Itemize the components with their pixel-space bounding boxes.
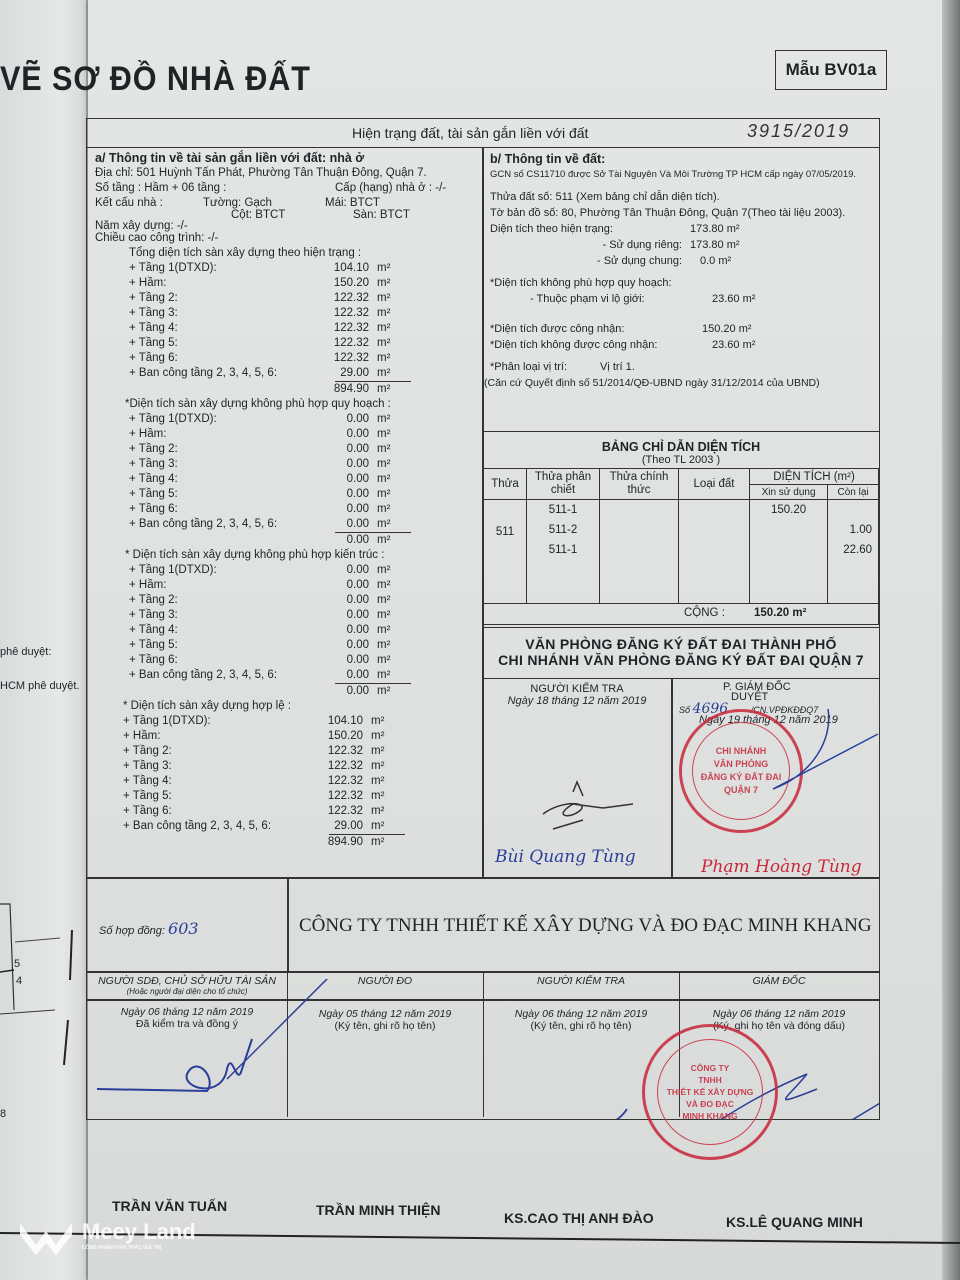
sketch-point-label: 5 bbox=[14, 958, 20, 970]
area-row-value: 0.00 bbox=[299, 472, 369, 487]
area-total-unit: m² bbox=[369, 382, 417, 397]
area-row-label: + Ban công tầng 2, 3, 4, 5, 6: bbox=[123, 819, 293, 834]
area-row: + Hầm:150.20m² bbox=[129, 276, 475, 291]
area-row: + Tầng 4:122.32m² bbox=[123, 774, 475, 789]
area-row-value: 29.00 bbox=[293, 819, 363, 834]
area-row-label: + Tầng 4: bbox=[129, 321, 299, 336]
area-row-label: + Tầng 2: bbox=[123, 744, 293, 759]
area-row-label: + Ban công tầng 2, 3, 4, 5, 6: bbox=[129, 517, 299, 532]
parcel-cell: 511 bbox=[484, 500, 527, 604]
area-row-value: 0.00 bbox=[299, 427, 369, 442]
position-label: *Phân loại vị trí: bbox=[490, 359, 600, 375]
remaining-value: 1.00 bbox=[828, 520, 872, 540]
meey-land-logo-icon bbox=[18, 1215, 74, 1255]
col-header-land-type: Loại đất bbox=[679, 469, 750, 500]
office-line-2: CHI NHÁNH VĂN PHÒNG ĐĂNG KÝ ĐẤT ĐAI QUẬN… bbox=[483, 652, 879, 668]
area-row-unit: m² bbox=[363, 744, 411, 759]
area-row-unit: m² bbox=[369, 276, 417, 291]
area-total-row: 894.90m² bbox=[123, 835, 475, 850]
parcel-number: Thửa đất số: 511 (Xem bảng chỉ dẫn diện … bbox=[490, 189, 875, 205]
column-type: Cột: BTCT bbox=[231, 208, 353, 223]
sketch-point-label: 8 bbox=[0, 1108, 6, 1120]
area-row: + Tầng 1(DTXD):104.10m² bbox=[123, 714, 475, 729]
sketch-point-label: 4 bbox=[16, 975, 22, 987]
col-header-requested: Xin sử dụng bbox=[750, 485, 828, 500]
requested-value bbox=[750, 540, 827, 560]
company-name: CÔNG TY TNHH THIẾT KẾ XÂY DỰNG VÀ ĐO ĐẠC… bbox=[299, 915, 872, 937]
office-line-1: VĂN PHÒNG ĐĂNG KÝ ĐẤT ĐAI THÀNH PHỐ bbox=[483, 636, 879, 652]
table-total-row: CỘNG : 150.20 m² bbox=[483, 604, 879, 625]
area-total-spacer bbox=[123, 835, 293, 850]
col-header-parcel: Thửa bbox=[484, 469, 527, 500]
area-row-label: + Tầng 5: bbox=[129, 487, 299, 502]
area-row-unit: m² bbox=[369, 412, 417, 427]
area-total-unit: m² bbox=[369, 684, 417, 699]
area-index-title: BẢNG CHỈ DẪN DIỆN TÍCH bbox=[483, 440, 879, 454]
area-row-value: 122.32 bbox=[299, 351, 369, 366]
area-row-value: 122.32 bbox=[293, 759, 363, 774]
area-row-unit: m² bbox=[363, 819, 411, 834]
page-edge bbox=[942, 0, 960, 1280]
contract-label: Số hợp đồng: bbox=[99, 925, 165, 937]
area-row: + Hầm:0.00m² bbox=[129, 578, 475, 593]
area-row: + Tầng 5:0.00m² bbox=[129, 638, 475, 653]
section-a: a/ Thông tin về tài sản gắn liền với đất… bbox=[95, 151, 475, 850]
area-row: + Tầng 6:0.00m² bbox=[129, 653, 475, 668]
area-group-title: Tổng diện tích sàn xây dựng theo hiện tr… bbox=[129, 246, 475, 261]
area-row-label: + Tầng 5: bbox=[129, 336, 299, 351]
map-sheet: Tờ bản đồ số: 80, Phường Tân Thuận Đông,… bbox=[490, 205, 875, 221]
not-recognized-label: *Diện tích không được công nhận: bbox=[490, 337, 712, 353]
area-row-value: 122.32 bbox=[299, 291, 369, 306]
main-frame: Hiện trạng đất, tài sản gắn liền với đất… bbox=[86, 118, 880, 1120]
section-b: b/ Thông tin về đất: GCN số CS11710 được… bbox=[490, 151, 875, 391]
area-row: + Ban công tầng 2, 3, 4, 5, 6:0.00m² bbox=[129, 517, 475, 532]
area-index-grid: Thửa Thửa phân chiết Thửa chính thức Loạ… bbox=[483, 468, 879, 604]
area-row-value: 0.00 bbox=[299, 442, 369, 457]
area-row: + Tầng 1(DTXD):0.00m² bbox=[129, 563, 475, 578]
nonconforming-label: - Thuộc phạm vi lộ giới: bbox=[490, 291, 712, 307]
area-row: + Tầng 2:122.32m² bbox=[129, 291, 475, 306]
area-label: - Sử dụng chung: bbox=[490, 253, 690, 269]
area-row-label: + Tầng 1(DTXD): bbox=[129, 563, 299, 578]
company-divider bbox=[287, 879, 289, 971]
recognized-value: 150.20 m² bbox=[702, 321, 752, 337]
area-row: + Ban công tầng 2, 3, 4, 5, 6:29.00m² bbox=[129, 366, 475, 381]
area-group-title: * Diện tích sàn xây dựng hợp lệ : bbox=[123, 699, 475, 714]
area-row-label: + Tầng 5: bbox=[129, 638, 299, 653]
area-row-unit: m² bbox=[369, 563, 417, 578]
area-row-unit: m² bbox=[369, 261, 417, 276]
area-row-value: 122.32 bbox=[293, 744, 363, 759]
area-group-title: * Diện tích sàn xây dựng không phù hợp k… bbox=[125, 548, 475, 563]
area-row-label: + Tầng 6: bbox=[129, 351, 299, 366]
sub-parcel-value: 511-2 bbox=[527, 520, 599, 540]
area-row-value: 0.00 bbox=[299, 623, 369, 638]
area-group-list: + Tầng 1(DTXD):0.00m²+ Hầm:0.00m²+ Tầng … bbox=[129, 563, 475, 699]
area-row-value: 29.00 bbox=[299, 366, 369, 381]
area-row-label: + Tầng 4: bbox=[123, 774, 293, 789]
area-row-label: + Ban công tầng 2, 3, 4, 5, 6: bbox=[129, 668, 299, 683]
area-row-unit: m² bbox=[369, 472, 417, 487]
area-row-label: + Ban công tầng 2, 3, 4, 5, 6: bbox=[129, 366, 299, 381]
area-row-label: + Tầng 2: bbox=[129, 593, 299, 608]
area-row-label: + Tầng 6: bbox=[129, 653, 299, 668]
area-group-list: + Tầng 1(DTXD):104.10m²+ Hầm:150.20m²+ T… bbox=[129, 261, 475, 397]
position-value: Vị trí 1. bbox=[600, 359, 635, 375]
total-value: 150.20 m² bbox=[754, 607, 806, 619]
area-row: + Tầng 3:122.32m² bbox=[129, 306, 475, 321]
inspector-role: NGƯỜI KIỂM TRA bbox=[483, 683, 671, 695]
total-label: CỘNG : bbox=[684, 607, 725, 619]
area-row-label: + Tầng 1(DTXD): bbox=[129, 261, 299, 276]
area-total-row: 0.00m² bbox=[129, 684, 475, 699]
certificate-info: GCN số CS11710 được Sở Tài Nguyên Và Môi… bbox=[490, 167, 875, 183]
area-row-label: + Tầng 6: bbox=[123, 804, 293, 819]
area-total-spacer bbox=[129, 684, 299, 699]
area-row-value: 122.32 bbox=[293, 774, 363, 789]
area-row-label: + Tầng 1(DTXD): bbox=[123, 714, 293, 729]
area-total-row: 0.00m² bbox=[129, 533, 475, 548]
area-row-value: 122.32 bbox=[299, 336, 369, 351]
contract-number: 603 bbox=[168, 919, 199, 938]
nonconforming-value: 23.60 m² bbox=[712, 291, 755, 307]
document-title: VẼ SƠ ĐỒ NHÀ ĐẤT bbox=[0, 60, 311, 99]
area-row-value: 0.00 bbox=[299, 638, 369, 653]
area-row-unit: m² bbox=[363, 729, 411, 744]
area-row-unit: m² bbox=[369, 487, 417, 502]
area-row: + Ban công tầng 2, 3, 4, 5, 6:29.00m² bbox=[123, 819, 475, 834]
area-row-unit: m² bbox=[369, 578, 417, 593]
official-parcel-cell bbox=[600, 500, 679, 604]
area-row-unit: m² bbox=[369, 351, 417, 366]
area-row-unit: m² bbox=[369, 623, 417, 638]
requested-value bbox=[750, 520, 827, 540]
area-row-value: 0.00 bbox=[299, 517, 369, 532]
left-page: phê duyệt: HCM phê duyệt. 5 4 8 bbox=[0, 0, 100, 1280]
area-row: + Tầng 1(DTXD):0.00m² bbox=[129, 412, 475, 427]
area-row: + Tầng 6:122.32m² bbox=[129, 351, 475, 366]
area-index-subtitle: (Theo TL 2003 ) bbox=[483, 454, 879, 466]
requested-value: 150.20 bbox=[750, 500, 827, 520]
sub-parcel-value: 511-1 bbox=[527, 540, 599, 560]
area-row: + Tầng 3:0.00m² bbox=[129, 457, 475, 472]
area-row-unit: m² bbox=[369, 366, 417, 381]
area-total-unit: m² bbox=[363, 835, 411, 850]
area-row-label: + Tầng 3: bbox=[129, 457, 299, 472]
area-row-unit: m² bbox=[363, 804, 411, 819]
area-row-unit: m² bbox=[369, 638, 417, 653]
registration-office: VĂN PHÒNG ĐĂNG KÝ ĐẤT ĐAI THÀNH PHỐ CHI … bbox=[483, 627, 879, 878]
area-row-unit: m² bbox=[363, 759, 411, 774]
area-row-label: + Tầng 2: bbox=[129, 442, 299, 457]
col-header-area: DIỆN TÍCH (m²) bbox=[750, 469, 879, 485]
area-total-row: 894.90m² bbox=[129, 382, 475, 397]
area-row-label: + Hầm: bbox=[123, 729, 293, 744]
address: Địa chỉ: 501 Huỳnh Tấn Phát, Phường Tân … bbox=[95, 166, 475, 181]
requested-cell: 150.20 bbox=[750, 500, 828, 604]
sub-parcel-cell: 511-1511-2511-1 bbox=[527, 500, 600, 604]
area-row-label: + Hầm: bbox=[129, 427, 299, 442]
slab-type: Sàn: BTCT bbox=[353, 208, 410, 223]
inspector-name: Bùi Quang Tùng bbox=[495, 847, 636, 867]
area-row-label: + Tầng 3: bbox=[129, 306, 299, 321]
area-row-unit: m² bbox=[369, 306, 417, 321]
area-total-value: 894.90 bbox=[293, 835, 363, 850]
watermark-brand: Meey Land bbox=[82, 1219, 196, 1244]
area-row: + Hầm:150.20m² bbox=[123, 729, 475, 744]
remaining-value: 22.60 bbox=[828, 540, 872, 560]
floor-count: Số tầng : Hầm + 06 tầng : bbox=[95, 181, 335, 196]
area-row-label: + Hầm: bbox=[129, 276, 299, 291]
area-row-value: 0.00 bbox=[299, 502, 369, 517]
area-row-unit: m² bbox=[369, 321, 417, 336]
area-row-label: + Tầng 3: bbox=[129, 608, 299, 623]
area-row-unit: m² bbox=[369, 427, 417, 442]
area-row-value: 0.00 bbox=[299, 593, 369, 608]
area-value: 0.0 m² bbox=[690, 253, 731, 269]
area-total-value: 0.00 bbox=[299, 684, 369, 699]
signatory-names: TRẦN VĂN TUẤNTRẦN MINH THIỆNKS.CAO THỊ A… bbox=[86, 1170, 886, 1230]
area-group-list: + Tầng 1(DTXD):0.00m²+ Hầm:0.00m²+ Tầng … bbox=[129, 412, 475, 548]
signatory-name: TRẦN MINH THIỆN bbox=[316, 1202, 440, 1218]
watermark-tagline: CÔNG NHÂN KHAI THÁC GIÁ TRỊ bbox=[82, 1245, 196, 1251]
area-row: + Tầng 5:122.32m² bbox=[123, 789, 475, 804]
office-divider bbox=[671, 679, 673, 879]
col-header-remaining: Còn lại bbox=[828, 485, 879, 500]
section-a-heading: a/ Thông tin về tài sản gắn liền với đất… bbox=[95, 151, 475, 166]
area-row-label: + Tầng 5: bbox=[123, 789, 293, 804]
left-page-fragment: phê duyệt: bbox=[0, 646, 51, 658]
col-header-sub-parcel: Thửa phân chiết bbox=[527, 469, 600, 500]
area-row-unit: m² bbox=[369, 653, 417, 668]
area-row-value: 104.10 bbox=[293, 714, 363, 729]
area-row-unit: m² bbox=[369, 668, 417, 683]
area-row-value: 0.00 bbox=[299, 487, 369, 502]
area-row-value: 0.00 bbox=[299, 668, 369, 683]
company-stamp: CÔNG TYTNHHTHIẾT KẾ XÂY DỰNGVÀ ĐO ĐẠCMIN… bbox=[642, 1024, 778, 1160]
col-header-official-parcel: Thửa chính thức bbox=[600, 469, 679, 500]
signatory-name: KS.CAO THỊ ANH ĐÀO bbox=[504, 1210, 654, 1226]
section-b-heading: b/ Thông tin về đất: bbox=[490, 151, 875, 167]
director-name: Phạm Hoàng Tùng bbox=[701, 857, 862, 877]
area-total-spacer bbox=[129, 382, 299, 397]
not-recognized-value: 23.60 m² bbox=[712, 337, 755, 353]
area-row-value: 122.32 bbox=[299, 306, 369, 321]
area-index-table: BẢNG CHỈ DẪN DIỆN TÍCH (Theo TL 2003 ) T… bbox=[483, 431, 879, 625]
area-row: + Tầng 5:122.32m² bbox=[129, 336, 475, 351]
watermark: Meey LandCÔNG NHÂN KHAI THÁC GIÁ TRỊ bbox=[18, 1215, 196, 1255]
area-row-value: 0.00 bbox=[299, 412, 369, 427]
area-value: 173.80 m² bbox=[690, 237, 740, 253]
area-group-title: *Diện tích sàn xây dựng không phù hợp qu… bbox=[125, 397, 475, 412]
area-label: - Sử dụng riêng: bbox=[490, 237, 690, 253]
area-row-unit: m² bbox=[369, 291, 417, 306]
area-row-label: + Hầm: bbox=[129, 578, 299, 593]
area-row: + Tầng 2:0.00m² bbox=[129, 442, 475, 457]
remaining-cell: 1.0022.60 bbox=[828, 500, 879, 604]
area-row-value: 0.00 bbox=[299, 457, 369, 472]
area-row-label: + Tầng 1(DTXD): bbox=[129, 412, 299, 427]
form-code: Mẫu BV01a bbox=[775, 50, 887, 90]
area-row-value: 150.20 bbox=[293, 729, 363, 744]
area-row: + Tầng 1(DTXD):104.10m² bbox=[129, 261, 475, 276]
area-row: + Tầng 3:0.00m² bbox=[129, 608, 475, 623]
legal-basis: (Căn cứ Quyết định số 51/2014/QĐ-UBND ng… bbox=[484, 375, 875, 391]
area-row-unit: m² bbox=[363, 789, 411, 804]
area-group-list: + Tầng 1(DTXD):104.10m²+ Hầm:150.20m²+ T… bbox=[123, 714, 475, 850]
left-page-fragment: HCM phê duyệt. bbox=[0, 680, 79, 692]
area-row: + Tầng 6:122.32m² bbox=[123, 804, 475, 819]
signatory-name: KS.LÊ QUANG MINH bbox=[726, 1214, 863, 1230]
recognized-label: *Diện tích được công nhận: bbox=[490, 321, 702, 337]
area-row-label: + Tầng 2: bbox=[129, 291, 299, 306]
area-row-value: 122.32 bbox=[293, 789, 363, 804]
area-total-spacer bbox=[129, 533, 299, 548]
area-total-unit: m² bbox=[369, 533, 417, 548]
area-row-value: 122.32 bbox=[293, 804, 363, 819]
area-row-label: + Tầng 6: bbox=[129, 502, 299, 517]
area-row-label: + Tầng 4: bbox=[129, 472, 299, 487]
area-row: + Tầng 4:122.32m² bbox=[129, 321, 475, 336]
area-row: + Tầng 4:0.00m² bbox=[129, 623, 475, 638]
area-row-label: + Tầng 4: bbox=[129, 623, 299, 638]
nonconforming-title: *Diện tích không phù hợp quy hoạch: bbox=[490, 275, 875, 291]
area-row: + Tầng 2:122.32m² bbox=[123, 744, 475, 759]
area-row-value: 0.00 bbox=[299, 563, 369, 578]
number-label: Số bbox=[679, 705, 690, 715]
area-row-value: 150.20 bbox=[299, 276, 369, 291]
area-row: + Tầng 3:122.32m² bbox=[123, 759, 475, 774]
area-groups: Tổng diện tích sàn xây dựng theo hiện tr… bbox=[95, 246, 475, 850]
area-row-unit: m² bbox=[369, 502, 417, 517]
sub-parcel-value: 511-1 bbox=[527, 500, 599, 520]
section-header-title: Hiện trạng đất, tài sản gắn liền với đất bbox=[352, 125, 588, 141]
signatory-name: TRẦN VĂN TUẤN bbox=[112, 1198, 227, 1214]
area-row: + Ban công tầng 2, 3, 4, 5, 6:0.00m² bbox=[129, 668, 475, 683]
area-row-label: + Tầng 3: bbox=[123, 759, 293, 774]
area-label: Diện tích theo hiện trạng: bbox=[490, 221, 690, 237]
area-row: + Tầng 5:0.00m² bbox=[129, 487, 475, 502]
sketch-fragment bbox=[0, 880, 90, 1130]
area-row-unit: m² bbox=[363, 774, 411, 789]
land-type-cell bbox=[679, 500, 750, 604]
area-row-unit: m² bbox=[369, 442, 417, 457]
area-total-value: 0.00 bbox=[299, 533, 369, 548]
company-block: Số hợp đồng: 603 CÔNG TY TNHH THIẾT KẾ X… bbox=[87, 879, 879, 971]
area-row: + Tầng 4:0.00m² bbox=[129, 472, 475, 487]
area-row: + Tầng 6:0.00m² bbox=[129, 502, 475, 517]
area-row: + Tầng 2:0.00m² bbox=[129, 593, 475, 608]
area-row-unit: m² bbox=[369, 457, 417, 472]
area-row-value: 122.32 bbox=[299, 321, 369, 336]
section-header: Hiện trạng đất, tài sản gắn liền với đất… bbox=[87, 119, 879, 148]
area-row: + Hầm:0.00m² bbox=[129, 427, 475, 442]
inspector-signature bbox=[533, 774, 643, 834]
area-row-unit: m² bbox=[363, 714, 411, 729]
inspector-date: Ngày 18 tháng 12 năm 2019 bbox=[483, 695, 671, 707]
area-row-unit: m² bbox=[369, 517, 417, 532]
handwritten-number: 3915/2019 bbox=[747, 121, 850, 142]
area-row-value: 104.10 bbox=[299, 261, 369, 276]
area-row-unit: m² bbox=[369, 593, 417, 608]
area-row-value: 0.00 bbox=[299, 653, 369, 668]
area-row-unit: m² bbox=[369, 608, 417, 623]
area-total-value: 894.90 bbox=[299, 382, 369, 397]
area-value: 173.80 m² bbox=[690, 221, 740, 237]
house-grade: Cấp (hạng) nhà ở : -/- bbox=[335, 181, 446, 196]
remaining-value bbox=[828, 500, 872, 520]
area-row-value: 0.00 bbox=[299, 608, 369, 623]
area-row-value: 0.00 bbox=[299, 578, 369, 593]
director-signature bbox=[733, 699, 883, 839]
building-height: Chiều cao công trình: -/- bbox=[95, 231, 475, 246]
area-row-unit: m² bbox=[369, 336, 417, 351]
